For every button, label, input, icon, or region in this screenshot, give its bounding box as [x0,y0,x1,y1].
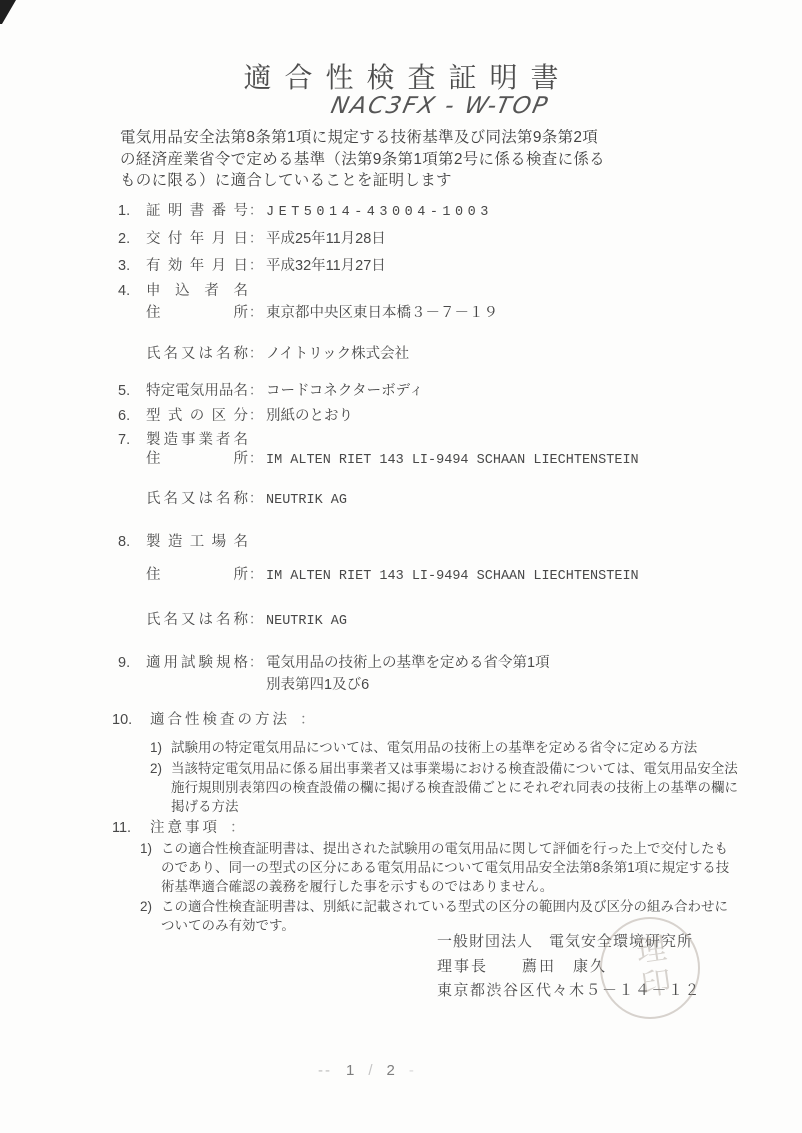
field-type-classification: 6. 型式の区分 ： 別紙のとおり [118,408,758,425]
field-product-name: 5. 特定電気用品名 ： コードコネクターボディ [118,383,758,400]
field-number: 4. [118,283,146,300]
field-number: 7. [118,432,146,449]
factory-address-value: IM ALTEN RIET 143 LI-9494 SCHAAN LIECHTE… [266,568,639,585]
factory-address-row: 住所 ： IM ALTEN RIET 143 LI-9494 SCHAAN LI… [146,567,758,585]
total-page-number: 2 [387,1062,395,1079]
address-label: 住所 [146,305,248,322]
issue-date-value: 平成25年11月28日 [266,231,386,248]
colon: ： [248,655,264,672]
pagination-dash: - [409,1062,416,1079]
handwritten-model-number: NAC3FX - W-TOP [297,93,583,119]
field-number: 5. [118,383,146,400]
document-page: 適合性検査証明書 NAC3FX - W-TOP 電気用品安全法第8条第1項に規定… [0,0,802,1133]
colon: ： [230,820,245,837]
certification-statement: 電気用品安全法第8条第1項に規定する技術基準及び同法第9条第2項 の経済産業省令… [120,127,720,192]
method-and-notes-sections: 10. 適合性検査の方法 ： 1) 試験用の特定電気用品については、電気用品の技… [112,712,760,935]
page-footer-pagination: -- 1 / 2 - [318,1062,416,1079]
field-label: 適用試験規格 [146,655,248,672]
note-item-text: この適合性検査証明書は、提出された試験用の電気用品に関して評価を行った上で交付し… [161,839,739,896]
applicant-address-row: 住所 ： 東京都中央区東日本橋３－７－１９ [146,305,758,322]
certificate-fields: 1. 証明書番号 ： JET5014-43004-1003 2. 交付年月日 ：… [118,203,758,694]
address-label: 住所 [146,567,248,584]
field-label: 製造工場名 [146,534,248,551]
manufacturer-name-row: 氏名又は名称 ： NEUTRIK AG [146,491,758,509]
field-number: 2. [118,231,146,248]
document-title: 適合性検査証明書 [0,56,802,96]
colon: ： [248,612,264,629]
issuer-block: 一般財団法人 電気安全環境研究所 理事長 薦田 康久 東京都渋谷区代々木５－１４… [437,930,701,1004]
inspection-method-items: 1) 試験用の特定電気用品については、電気用品の技術上の基準を定める省令に定める… [150,738,760,816]
colon: ： [248,383,264,400]
section-label: 注意事項 [150,820,220,837]
applicant-name-row: 氏名又は名称 ： ノイトリック株式会社 [146,346,758,363]
method-item-1: 1) 試験用の特定電気用品については、電気用品の技術上の基準を定める省令に定める… [150,738,760,757]
factory-name-row: 氏名又は名称 ： NEUTRIK AG [146,612,758,630]
colon: ： [248,346,264,363]
colon: ： [248,305,264,322]
list-marker: 2) [150,760,171,777]
test-standard-line2-row: 別表第四1及び6 [118,677,758,694]
applicant-name-value: ノイトリック株式会社 [266,346,409,363]
section-label: 適合性検査の方法 [150,712,290,729]
section-number: 10. [112,712,150,729]
manufacturer-name-value: NEUTRIK AG [266,492,347,509]
colon: ： [300,712,315,729]
field-label: 型式の区分 [146,408,248,425]
field-expiry-date: 3. 有効年月日 ： 平成32年11月27日 [118,258,758,275]
colon: ： [248,408,264,425]
manufacturer-address-row: 住所 ： IM ALTEN RIET 143 LI-9494 SCHAAN LI… [146,451,758,469]
issuer-organization: 一般財団法人 電気安全環境研究所 [437,930,701,955]
type-classification-value: 別紙のとおり [266,408,353,425]
field-number: 6. [118,408,146,425]
name-label: 氏名又は名称 [146,491,248,508]
field-number: 3. [118,258,146,275]
notes-items: 1) この適合性検査証明書は、提出された試験用の電気用品に関して評価を行った上で… [140,839,760,935]
colon: ： [248,491,264,508]
field-label: 申込者名 [146,283,248,300]
product-name-value: コードコネクターボディ [266,383,423,400]
address-label: 住所 [146,451,248,468]
method-item-text: 当該特定電気用品に係る届出事業者又は事業場における検査設備については、電気用品安… [171,759,749,816]
field-number: 1. [118,203,146,220]
method-item-text: 試験用の特定電気用品については、電気用品の技術上の基準を定める省令に定める方法 [171,738,749,757]
colon: ： [248,203,264,220]
method-item-2: 2) 当該特定電気用品に係る届出事業者又は事業場における検査設備については、電気… [150,759,760,816]
statement-line: の経済産業省令で定める基準（法第9条第1項第2号に係る検査に係る [120,149,720,171]
field-label: 証明書番号 [146,203,248,220]
field-number: 9. [118,655,146,672]
field-applicant-header: 4. 申込者名 [118,283,758,300]
statement-line: ものに限る）に適合していることを証明します [120,170,720,192]
statement-line: 電気用品安全法第8条第1項に規定する技術基準及び同法第9条第2項 [120,127,720,149]
issuer-address: 東京都渋谷区代々木５－１４－１２ [437,979,701,1004]
name-label: 氏名又は名称 [146,612,248,629]
test-standard-value-line2: 別表第四1及び6 [266,677,369,694]
expiry-date-value: 平成32年11月27日 [266,258,386,275]
field-number: 8. [118,534,146,551]
section-number: 11. [112,820,150,837]
field-issue-date: 2. 交付年月日 ： 平成25年11月28日 [118,231,758,248]
colon: ： [248,231,264,248]
page-separator: / [368,1062,372,1079]
applicant-address-value: 東京都中央区東日本橋３－７－１９ [266,305,498,322]
certificate-number-value: JET5014-43004-1003 [266,204,493,221]
colon: ： [248,567,264,584]
field-certificate-number: 1. 証明書番号 ： JET5014-43004-1003 [118,203,758,221]
field-label: 特定電気用品名 [146,383,248,400]
scan-corner-artifact [0,0,20,24]
list-marker: 2) [140,898,161,915]
issuer-president: 理事長 薦田 康久 [437,955,701,980]
section-notes-header: 11. 注意事項 ： [112,820,760,837]
test-standard-value: 電気用品の技術上の基準を定める省令第1項 [266,655,550,672]
field-label: 有効年月日 [146,258,248,275]
section-inspection-method-header: 10. 適合性検査の方法 ： [112,712,760,729]
field-manufacturer-header: 7. 製造事業者名 [118,432,758,449]
colon: ： [248,451,264,468]
field-factory-header: 8. 製造工場名 [118,534,758,551]
field-label: 交付年月日 [146,231,248,248]
manufacturer-address-value: IM ALTEN RIET 143 LI-9494 SCHAAN LIECHTE… [266,452,639,469]
field-test-standard: 9. 適用試験規格 ： 電気用品の技術上の基準を定める省令第1項 [118,655,758,672]
name-label: 氏名又は名称 [146,346,248,363]
note-item-1: 1) この適合性検査証明書は、提出された試験用の電気用品に関して評価を行った上で… [140,839,760,896]
list-marker: 1) [150,739,171,756]
field-label: 製造事業者名 [146,432,248,449]
current-page-number: 1 [346,1062,354,1079]
colon: ： [248,258,264,275]
list-marker: 1) [140,840,161,857]
pagination-dash: -- [318,1062,332,1079]
factory-name-value: NEUTRIK AG [266,613,347,630]
